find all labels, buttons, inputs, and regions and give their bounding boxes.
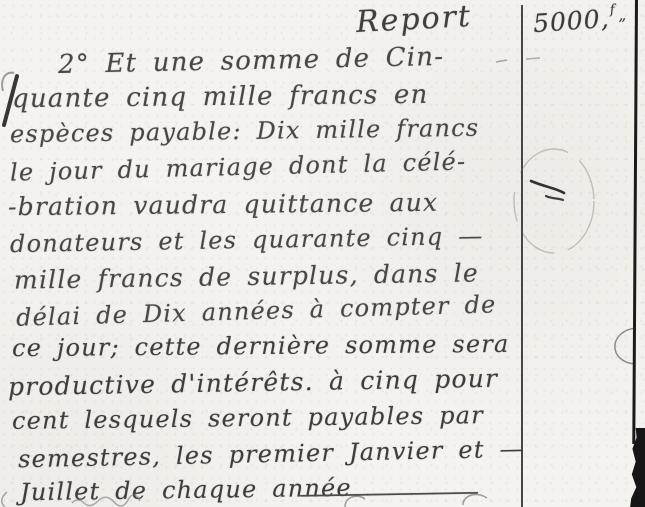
amount-currency-superscript: f [609,2,616,17]
manuscript-line: ce jour; cette dernière somme sera [12,330,510,362]
margin-rule [521,5,523,507]
manuscript-line: cent lesquels seront payables par [12,401,484,435]
amount-value: 5000, [532,4,610,38]
report-heading: Report [355,0,473,40]
manuscript-line: -bration vaudra quittance aux [8,188,439,222]
amount-cents-mark: „ [617,6,627,25]
scanned-manuscript-page: Report 5000,f„ 2° Et une somme de Cin- q… [0,0,645,507]
filler-rule-dash: ———————— [300,476,476,507]
manuscript-line: quante cinq mille francs en [12,80,429,114]
